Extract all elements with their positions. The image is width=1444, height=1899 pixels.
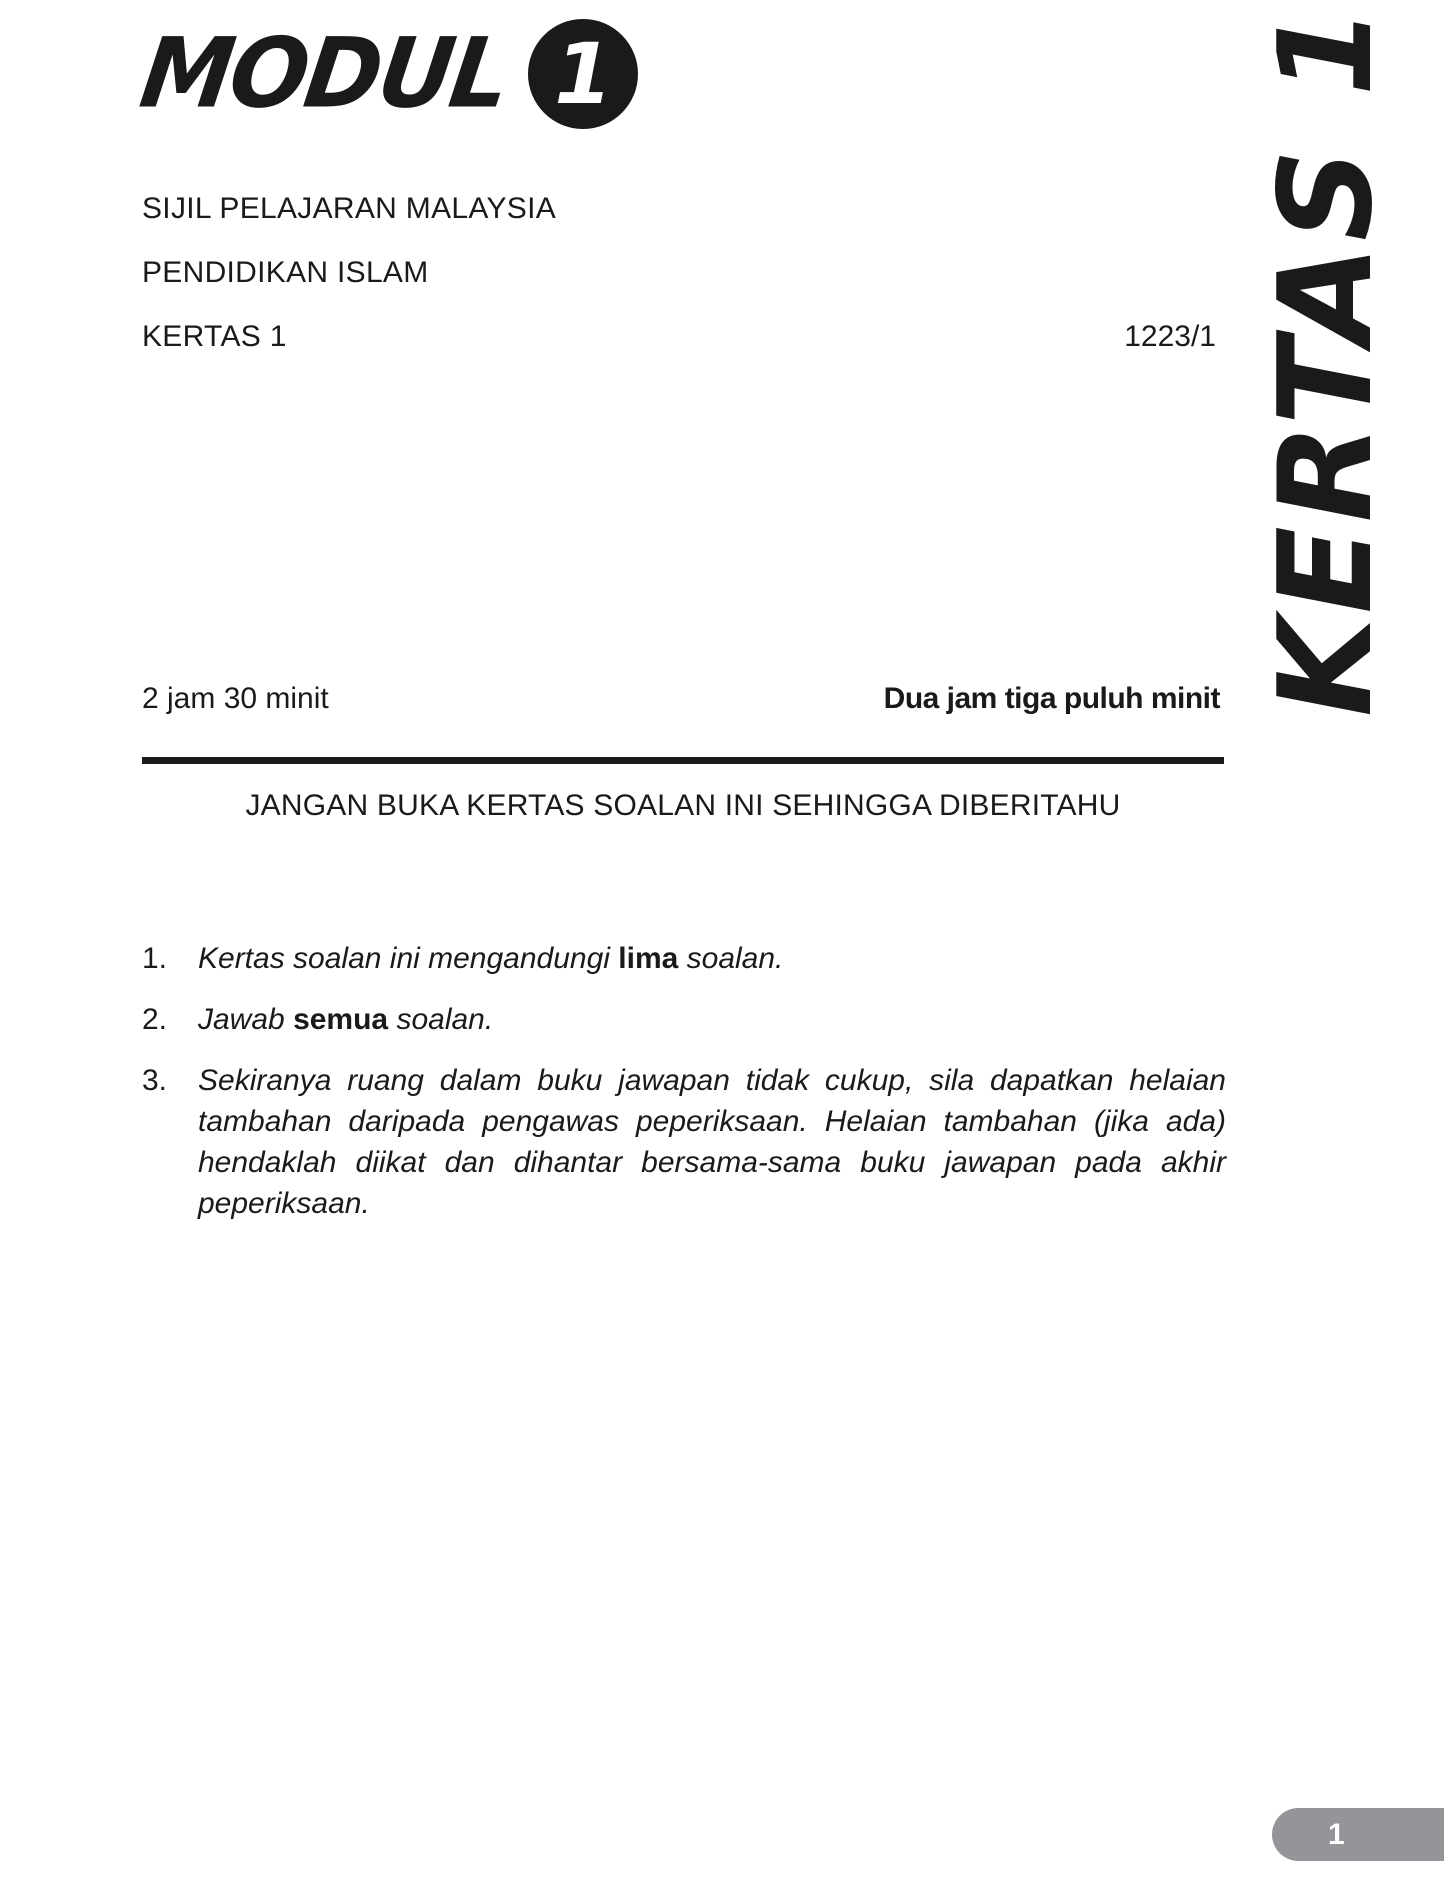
certificate-title: SIJIL PELAJARAN MALAYSIA xyxy=(142,192,556,226)
instruction-item: 2. Jawab semua soalan. xyxy=(142,999,1226,1040)
module-logo: MODUL 1 xyxy=(142,24,638,124)
subject-title: PENDIDIKAN ISLAM xyxy=(142,256,429,290)
instructions-list: 1. Kertas soalan ini mengandungi lima so… xyxy=(142,938,1226,1244)
instruction-item: 3. Sekiranya ruang dalam buku jawapan ti… xyxy=(142,1060,1226,1224)
side-paper-title: KERTAS 1 xyxy=(1262,10,1392,710)
instruction-item: 1. Kertas soalan ini mengandungi lima so… xyxy=(142,938,1226,979)
instruction-text: Kertas soalan ini mengandungi lima soala… xyxy=(198,938,1226,979)
instruction-text: Sekiranya ruang dalam buku jawapan tidak… xyxy=(198,1060,1226,1224)
module-logo-text: MODUL xyxy=(135,26,513,123)
page-number: 1 xyxy=(1328,1818,1345,1852)
instruction-number: 2. xyxy=(142,999,198,1040)
paper-code: 1223/1 xyxy=(1124,320,1216,354)
paper-title: KERTAS 1 xyxy=(142,320,287,354)
header-divider xyxy=(142,757,1224,764)
instruction-text: Jawab semua soalan. xyxy=(198,999,1226,1040)
duration-numeric: 2 jam 30 minit xyxy=(142,682,329,716)
instruction-number: 1. xyxy=(142,938,198,979)
page-number-tab: 1 xyxy=(1272,1808,1444,1861)
instruction-number: 3. xyxy=(142,1060,198,1224)
warning-notice: JANGAN BUKA KERTAS SOALAN INI SEHINGGA D… xyxy=(0,789,1366,823)
side-paper-title-text: KERTAS 1 xyxy=(1263,3,1391,717)
module-number-badge: 1 xyxy=(528,19,638,129)
duration-words: Dua jam tiga puluh minit xyxy=(884,682,1220,716)
